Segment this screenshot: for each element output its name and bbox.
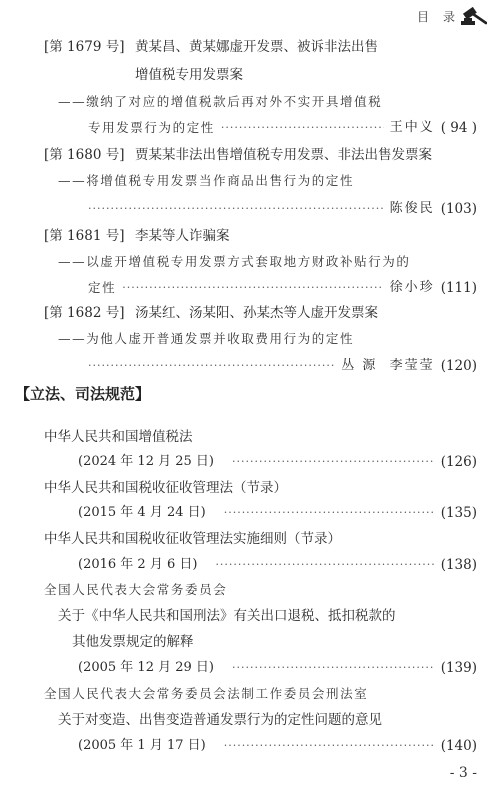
case-1681-author: 徐小珍 <box>390 279 435 297</box>
leader-dots <box>232 453 435 471</box>
case-1681-page: (111) <box>441 279 477 297</box>
law-3-title: 中华人民共和国税收征收管理法实施细则（节录） <box>44 530 341 548</box>
page-number: - 3 - <box>450 765 477 781</box>
case-1680-toc-row[interactable]: 陈俊民 (103) <box>88 200 477 218</box>
case-1679-title: 黄某昌、黄某娜虚开发票、被诉非法出售 <box>135 38 378 56</box>
leader-dots <box>215 556 434 574</box>
law-4-page: (139) <box>441 659 477 677</box>
case-1681-subtitle-cont: 定性 <box>88 279 116 297</box>
case-1679-author: 王中义 <box>390 119 435 137</box>
leader-dots <box>88 200 384 218</box>
case-1680-page: (103) <box>441 200 477 218</box>
case-1682-subtitle: ——为他人虚开普通发票并收取费用行为的定性 <box>58 330 354 348</box>
law-5-title: 关于对变造、出售变造普通发票行为的定性问题的意见 <box>58 711 382 729</box>
law-2-toc-row[interactable]: (2015 年 4 月 24 日) (135) <box>78 504 477 522</box>
gavel-icon <box>459 6 487 26</box>
header-label-mu: 目 <box>417 8 429 25</box>
case-1681-toc-row[interactable]: 定性 徐小珍 (111) <box>88 279 477 297</box>
case-1682-number: [第 1682 号] <box>44 304 124 322</box>
law-5-toc-row[interactable]: (2005 年 1 月 17 日) (140) <box>78 737 477 755</box>
law-5-date: (2005 年 1 月 17 日) <box>78 737 206 755</box>
case-1682-toc-row[interactable]: 丛 源 李莹莹 (120) <box>88 357 477 375</box>
running-header: 目 录 <box>417 4 487 28</box>
law-2-date: (2015 年 4 月 24 日) <box>78 504 206 522</box>
leader-dots <box>232 659 435 677</box>
law-2-title: 中华人民共和国税收征收管理法（节录） <box>44 479 287 497</box>
law-4-issuer: 全国人民代表大会常务委员会 <box>44 581 227 599</box>
law-5-issuer: 全国人民代表大会常务委员会法制工作委员会刑法室 <box>44 685 368 703</box>
law-1-title: 中华人民共和国增值税法 <box>44 428 193 446</box>
leader-dots <box>224 504 435 522</box>
case-1680-number: [第 1680 号] <box>44 146 124 164</box>
law-4-date: (2005 年 12 月 29 日) <box>78 659 214 677</box>
law-2-page: (135) <box>441 504 477 522</box>
case-1679-subtitle-cont: 专用发票行为的定性 <box>88 119 215 137</box>
case-1681-title: 李某等人诈骗案 <box>135 227 230 245</box>
leader-dots <box>224 737 435 755</box>
case-1679-toc-row[interactable]: 专用发票行为的定性 王中义 ( 94 ) <box>88 119 477 137</box>
case-1682-page: (120) <box>441 357 477 375</box>
law-4-toc-row[interactable]: (2005 年 12 月 29 日) (139) <box>78 659 477 677</box>
case-1680-author: 陈俊民 <box>390 200 435 218</box>
case-1679-number: [第 1679 号] <box>44 38 124 56</box>
law-4-title-cont: 其他发票规定的解释 <box>72 633 194 651</box>
case-1682-title: 汤某红、汤某阳、孙某杰等人虚开发票案 <box>135 304 378 322</box>
case-1679-title-cont: 增值税专用发票案 <box>135 66 243 84</box>
case-1680-subtitle: ——将增值税专用发票当作商品出售行为的定性 <box>58 172 354 190</box>
case-1680-title: 贾某某非法出售增值税专用发票、非法出售发票案 <box>135 146 432 164</box>
law-3-date: (2016 年 2 月 6 日) <box>78 556 197 574</box>
header-label-lu: 录 <box>443 8 455 25</box>
law-3-page: (138) <box>441 556 477 574</box>
law-1-page: (126) <box>441 453 477 471</box>
law-4-title: 关于《中华人民共和国刑法》有关出口退税、抵扣税款的 <box>58 607 396 625</box>
case-1681-number: [第 1681 号] <box>44 227 124 245</box>
case-1679-page: ( 94 ) <box>441 119 477 137</box>
leader-dots <box>88 357 335 375</box>
leader-dots <box>221 119 384 137</box>
law-5-page: (140) <box>441 737 477 755</box>
case-1681-subtitle: ——以虚开增值税专用发票方式套取地方财政补贴行为的 <box>58 253 411 271</box>
law-1-date: (2024 年 12 月 25 日) <box>78 453 214 471</box>
law-1-toc-row[interactable]: (2024 年 12 月 25 日) (126) <box>78 453 477 471</box>
law-3-toc-row[interactable]: (2016 年 2 月 6 日) (138) <box>78 556 477 574</box>
case-1679-subtitle: ——缴纳了对应的增值税款后再对外不实开具增值税 <box>58 93 382 111</box>
case-1682-authors: 丛 源 李莹莹 <box>341 357 434 375</box>
leader-dots <box>122 279 383 297</box>
section-heading: 【立法、司法规范】 <box>15 383 150 404</box>
